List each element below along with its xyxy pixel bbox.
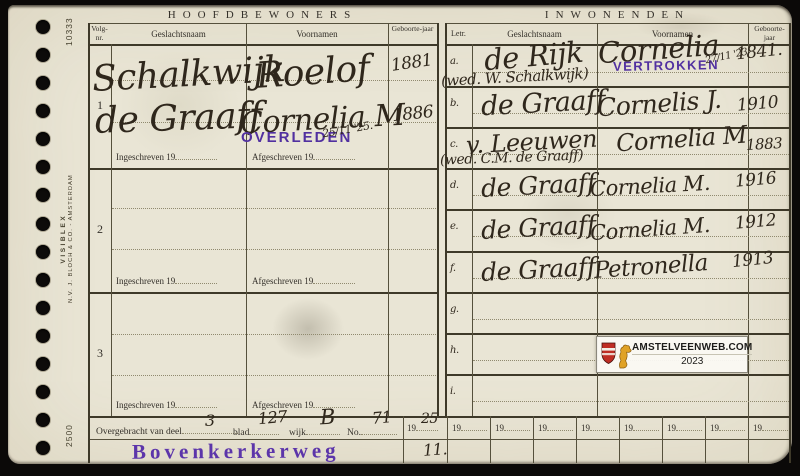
punch-hole <box>36 160 50 174</box>
dotted-line <box>473 401 789 402</box>
punch-hole <box>36 245 50 259</box>
brand-company: N.V. J. BLOCH & CO. - AMSTERDAM <box>68 174 76 303</box>
label-text: 19 <box>710 423 719 433</box>
lodger-surname: de Graaff <box>480 170 596 201</box>
label-text: Ingeschreven 19 <box>116 400 175 410</box>
grid-line <box>662 416 663 463</box>
year-cell: 19 <box>452 421 487 433</box>
street-stamp: Bovenkerkerweg <box>132 440 340 462</box>
afgeschreven-label: Afgeschreven 19 <box>252 150 355 162</box>
dotted-blank <box>461 421 487 431</box>
row-letter: g. <box>450 305 459 315</box>
main-resident-surname: de Graaff <box>94 98 262 140</box>
grid-line <box>445 23 790 24</box>
grid-line <box>445 209 790 211</box>
year-cell: 19 <box>495 421 530 433</box>
ingeschreven-label: Ingeschreven 19 <box>116 398 217 410</box>
printer-brand: VISIBLEX N.V. J. BLOCH & CO. - AMSTERDAM <box>60 174 76 303</box>
label-text: blad <box>233 428 249 438</box>
grid-line <box>619 416 620 463</box>
column-header-firstnames: Voornamen <box>247 29 387 39</box>
label-text: wijk <box>289 428 306 438</box>
row-letter: a. <box>450 57 458 67</box>
form-number-bottom: 2500 <box>64 424 75 447</box>
year-cell: 19 <box>710 421 745 433</box>
punch-hole <box>36 188 50 202</box>
punch-hole <box>36 273 50 287</box>
label-text: 19 <box>581 423 590 433</box>
dotted-blank <box>313 274 355 284</box>
form-number-top: 10333 <box>64 17 75 46</box>
screenshot-root: 10333 VISIBLEX N.V. J. BLOCH & CO. - AMS… <box>0 0 800 476</box>
label-text: 19 <box>538 423 547 433</box>
row-letter: f. <box>450 264 456 274</box>
column-header-birthyear: Geboorte-jaar <box>749 25 790 42</box>
row-letter: d. <box>450 181 459 191</box>
dotted-blank <box>175 150 217 160</box>
label-text: 19 <box>624 423 633 433</box>
label-text: 19 <box>667 423 676 433</box>
grid-line <box>533 416 534 463</box>
punch-hole <box>36 385 50 399</box>
row-number: 3 <box>91 347 109 361</box>
punch-hole <box>36 132 50 146</box>
row-letter: b. <box>450 99 459 109</box>
punch-hole <box>36 413 50 427</box>
blad-value: 127 <box>257 409 287 427</box>
grid-line <box>437 23 439 416</box>
grid-line <box>445 333 790 335</box>
grid-line <box>403 416 404 463</box>
left-table-title: HOOFDBEWONERS <box>88 9 437 22</box>
punch-hole <box>36 301 50 315</box>
lodger-birthyear: 1912 <box>734 212 777 233</box>
dotted-blank <box>504 421 530 431</box>
label-text: 19 <box>452 423 461 433</box>
year-cell-value-below: 11. <box>422 441 447 459</box>
grid-line <box>388 23 389 416</box>
label-text: 19 <box>407 423 416 433</box>
grid-line <box>88 168 437 170</box>
lodger-birthyear: 1841. <box>735 42 783 64</box>
year-cell-value: 25 <box>421 412 438 426</box>
lodger-surname: de Graaff <box>480 87 605 120</box>
punch-hole <box>36 329 50 343</box>
grid-line <box>88 44 437 46</box>
blad-label: blad <box>233 425 279 439</box>
row-letter: c. <box>450 140 458 150</box>
lodger-birthyear: 1910 <box>736 94 779 115</box>
year-cell: 19 <box>667 421 702 433</box>
dotted-line <box>473 319 789 320</box>
row-number: 2 <box>91 223 109 237</box>
ingeschreven-label: Ingeschreven 19 <box>116 274 217 286</box>
label-text: Ingeschreven 19 <box>116 276 175 286</box>
transfer-label: Overgebracht van deel <box>96 424 238 438</box>
brand-name: VISIBLEX <box>60 174 68 303</box>
wijk-value: B <box>319 407 335 429</box>
lodger-surname: de Graaff <box>480 254 596 285</box>
dotted-line <box>112 208 436 209</box>
main-resident-birthyear: 1886 <box>391 104 434 125</box>
year-cell: 19 <box>624 421 659 433</box>
column-header-birthyear: Geboorte-jaar <box>389 25 436 34</box>
punch-hole <box>36 357 50 371</box>
no-value: 71 <box>371 409 392 427</box>
ingeschreven-label: Ingeschreven 19 <box>116 150 217 162</box>
lodger-birthyear: 1916 <box>734 170 777 191</box>
grid-line <box>789 23 791 463</box>
right-table-title: INWONENDEN <box>445 9 790 22</box>
dotted-line <box>112 249 436 250</box>
punch-hole <box>36 104 50 118</box>
row-letter: e. <box>450 222 458 232</box>
grid-line <box>748 23 749 463</box>
watermark: AMSTELVEENWEB.COM 2023 <box>596 336 748 373</box>
amstelveen-crest-icon <box>600 339 632 371</box>
year-cell: 19 <box>581 421 616 433</box>
grid-line <box>576 416 577 463</box>
grid-line <box>88 23 437 24</box>
label-text: Afgeschreven 19 <box>252 152 313 162</box>
punch-hole <box>36 76 50 90</box>
dotted-blank <box>762 421 788 431</box>
dotted-blank <box>313 150 355 160</box>
grid-line <box>445 168 790 170</box>
punch-hole <box>36 441 50 455</box>
grid-line <box>88 23 90 463</box>
lodger-birthyear: 1913 <box>731 250 774 271</box>
main-resident-firstnames: Roelof <box>255 51 371 95</box>
grid-line <box>88 292 437 294</box>
year-cell: 19 <box>753 421 788 433</box>
afgeschreven-label: Afgeschreven 19 <box>252 274 355 286</box>
watermark-site: AMSTELVEENWEB.COM <box>632 342 752 355</box>
watermark-year: 2023 <box>632 355 752 367</box>
label-text: Afgeschreven 19 <box>252 276 313 286</box>
dotted-blank <box>590 421 616 431</box>
row-letter: h. <box>450 346 459 356</box>
column-header-volgnr: Volg-nr. <box>89 25 110 42</box>
grid-line <box>445 374 790 376</box>
dotted-blank <box>676 421 702 431</box>
label-text: 19 <box>753 423 762 433</box>
column-header-surname: Geslachtsnaam <box>112 29 245 39</box>
dotted-blank <box>719 421 745 431</box>
punch-hole <box>36 20 50 34</box>
grid-line <box>445 292 790 294</box>
year-cell: 19 <box>538 421 573 433</box>
lodger-birthyear: 1883 <box>746 136 783 153</box>
punch-hole <box>36 217 50 231</box>
dotted-blank <box>633 421 659 431</box>
deel-value: 3 <box>205 413 215 429</box>
lodger-surname: de Graaff <box>480 212 596 243</box>
label-text: 19 <box>495 423 504 433</box>
dotted-blank <box>547 421 573 431</box>
dotted-line <box>112 334 436 335</box>
grid-line <box>705 416 706 463</box>
label-text: Ingeschreven 19 <box>116 152 175 162</box>
grid-line <box>88 416 790 418</box>
watermark-text: AMSTELVEENWEB.COM 2023 <box>632 342 752 367</box>
row-letter: i. <box>450 387 455 397</box>
label-text: No. <box>347 428 361 438</box>
dotted-line <box>112 375 436 376</box>
column-header-letter: Letr. <box>446 29 471 38</box>
dotted-blank <box>175 274 217 284</box>
vertrokken-stamp: VERTROKKEN <box>613 58 719 73</box>
label-text: Overgebracht van deel <box>96 427 182 437</box>
dotted-blank <box>175 398 217 408</box>
grid-line <box>490 416 491 463</box>
punch-hole <box>36 48 50 62</box>
